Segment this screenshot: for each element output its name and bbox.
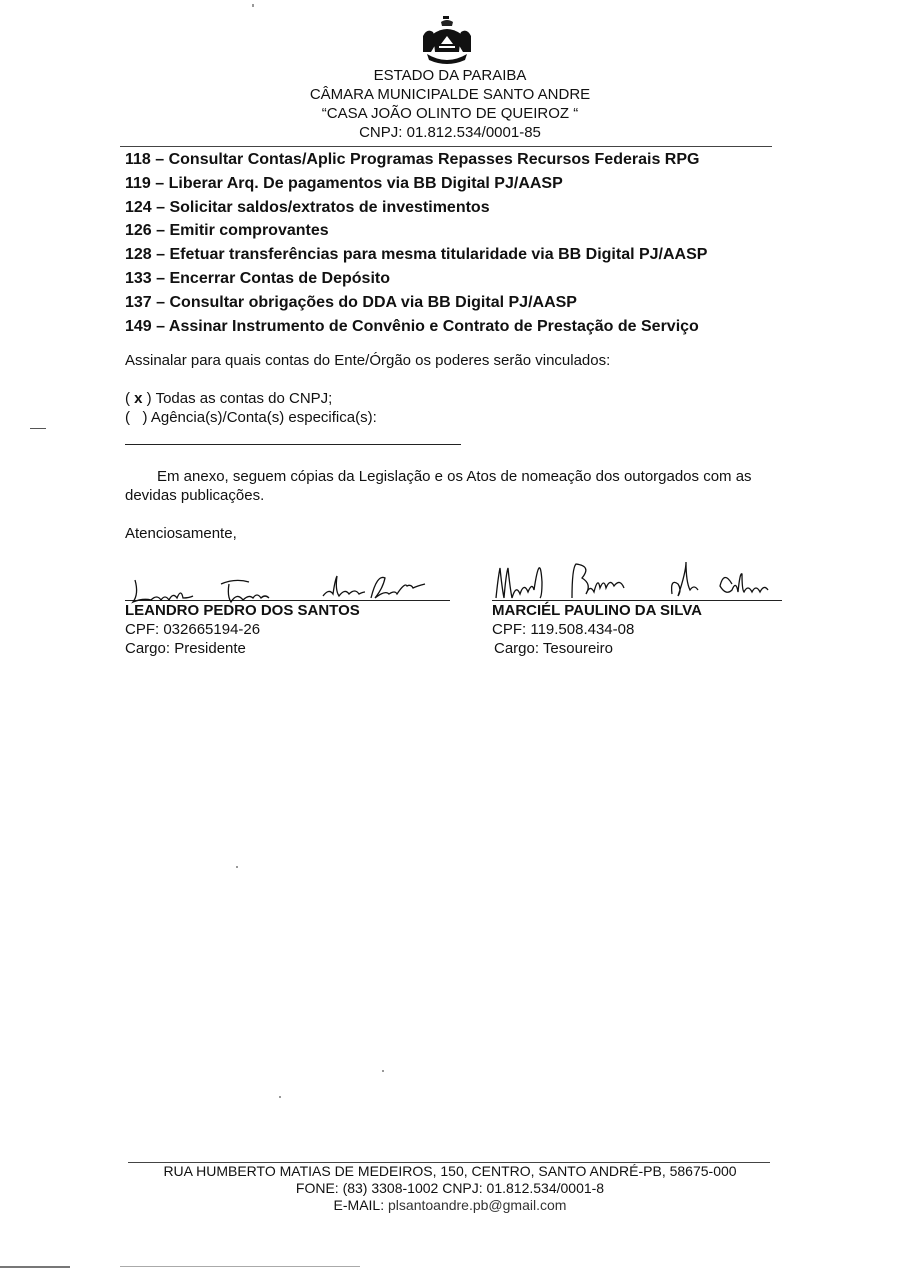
option-bracket-open: (: [125, 409, 134, 426]
footer: RUA HUMBERTO MATIAS DE MEDEIROS, 150, CE…: [0, 1163, 900, 1214]
permissions-list: 118 – Consultar Contas/Aplic Programas R…: [125, 148, 707, 338]
footer-email-line: E-MAIL: plsantoandre.pb@gmail.com: [0, 1197, 900, 1214]
permission-item: 126 – Emitir comprovantes: [125, 219, 707, 243]
option-label: Todas as contas do CNPJ;: [156, 390, 333, 407]
scan-speck: [236, 866, 238, 868]
scan-edge-mark: [0, 1266, 70, 1268]
handwritten-signature-icon: [492, 554, 792, 604]
permission-item: 149 – Assinar Instrumento de Convênio e …: [125, 315, 707, 339]
signatory-president: LEANDRO PEDRO DOS SANTOS CPF: 032665194-…: [125, 600, 450, 658]
scan-speck: [382, 1070, 384, 1072]
annex-paragraph: Em anexo, seguem cópias da Legislação e …: [125, 467, 775, 505]
closing: Atenciosamente,: [125, 525, 237, 542]
option-bracket-close: ): [143, 390, 156, 407]
option-specific-accounts: ( ) Agência(s)/Conta(s) especifica(s):: [125, 408, 377, 427]
permission-item: 118 – Consultar Contas/Aplic Programas R…: [125, 148, 707, 172]
handwritten-signature-icon: [125, 574, 455, 606]
option-checkmark: x: [134, 390, 142, 407]
header-cnpj: CNPJ: 01.812.534/0001-85: [0, 123, 900, 142]
scan-speck: [30, 428, 46, 429]
signatory-cpf: CPF: 032665194-26: [125, 620, 450, 639]
option-all-accounts: ( x ) Todas as contas do CNPJ;: [125, 389, 332, 408]
option-bracket-close: ): [138, 409, 151, 426]
signatory-cpf: CPF: 119.508.434-08: [492, 620, 782, 639]
permission-item: 124 – Solicitar saldos/extratos de inves…: [125, 196, 707, 220]
scan-edge-mark: [120, 1266, 360, 1267]
scan-speck: [279, 1096, 281, 1098]
signatory-role: Cargo: Presidente: [125, 639, 450, 658]
header-house: “CASA JOÃO OLINTO DE QUEIROZ “: [0, 104, 900, 123]
specific-accounts-blank: [125, 444, 461, 445]
scan-speck: [252, 4, 254, 7]
footer-address: RUA HUMBERTO MATIAS DE MEDEIROS, 150, CE…: [0, 1163, 900, 1180]
permission-item: 119 – Liberar Arq. De pagamentos via BB …: [125, 172, 707, 196]
option-label: Agência(s)/Conta(s) especifica(s):: [151, 409, 377, 426]
accounts-prompt: Assinalar para quais contas do Ente/Órgã…: [125, 352, 610, 369]
footer-phone-cnpj: FONE: (83) 3308-1002 CNPJ: 01.812.534/00…: [0, 1180, 900, 1197]
footer-email-label: E-MAIL:: [334, 1197, 385, 1213]
signatory-treasurer: MARCIÉL PAULINO DA SILVA CPF: 119.508.43…: [492, 600, 782, 658]
option-bracket-open: (: [125, 390, 134, 407]
header-divider: [120, 146, 772, 147]
letterhead: ESTADO DA PARAIBA CÂMARA MUNICIPALDE SAN…: [0, 66, 900, 142]
permission-item: 128 – Efetuar transferências para mesma …: [125, 243, 707, 267]
permission-item: 133 – Encerrar Contas de Depósito: [125, 267, 707, 291]
header-chamber: CÂMARA MUNICIPALDE SANTO ANDRE: [0, 85, 900, 104]
coat-of-arms-icon: [413, 14, 481, 68]
signatory-role: Cargo: Tesoureiro: [492, 639, 782, 658]
footer-email: plsantoandre.pb@gmail.com: [388, 1197, 566, 1213]
permission-item: 137 – Consultar obrigações do DDA via BB…: [125, 291, 707, 315]
header-state: ESTADO DA PARAIBA: [0, 66, 900, 85]
